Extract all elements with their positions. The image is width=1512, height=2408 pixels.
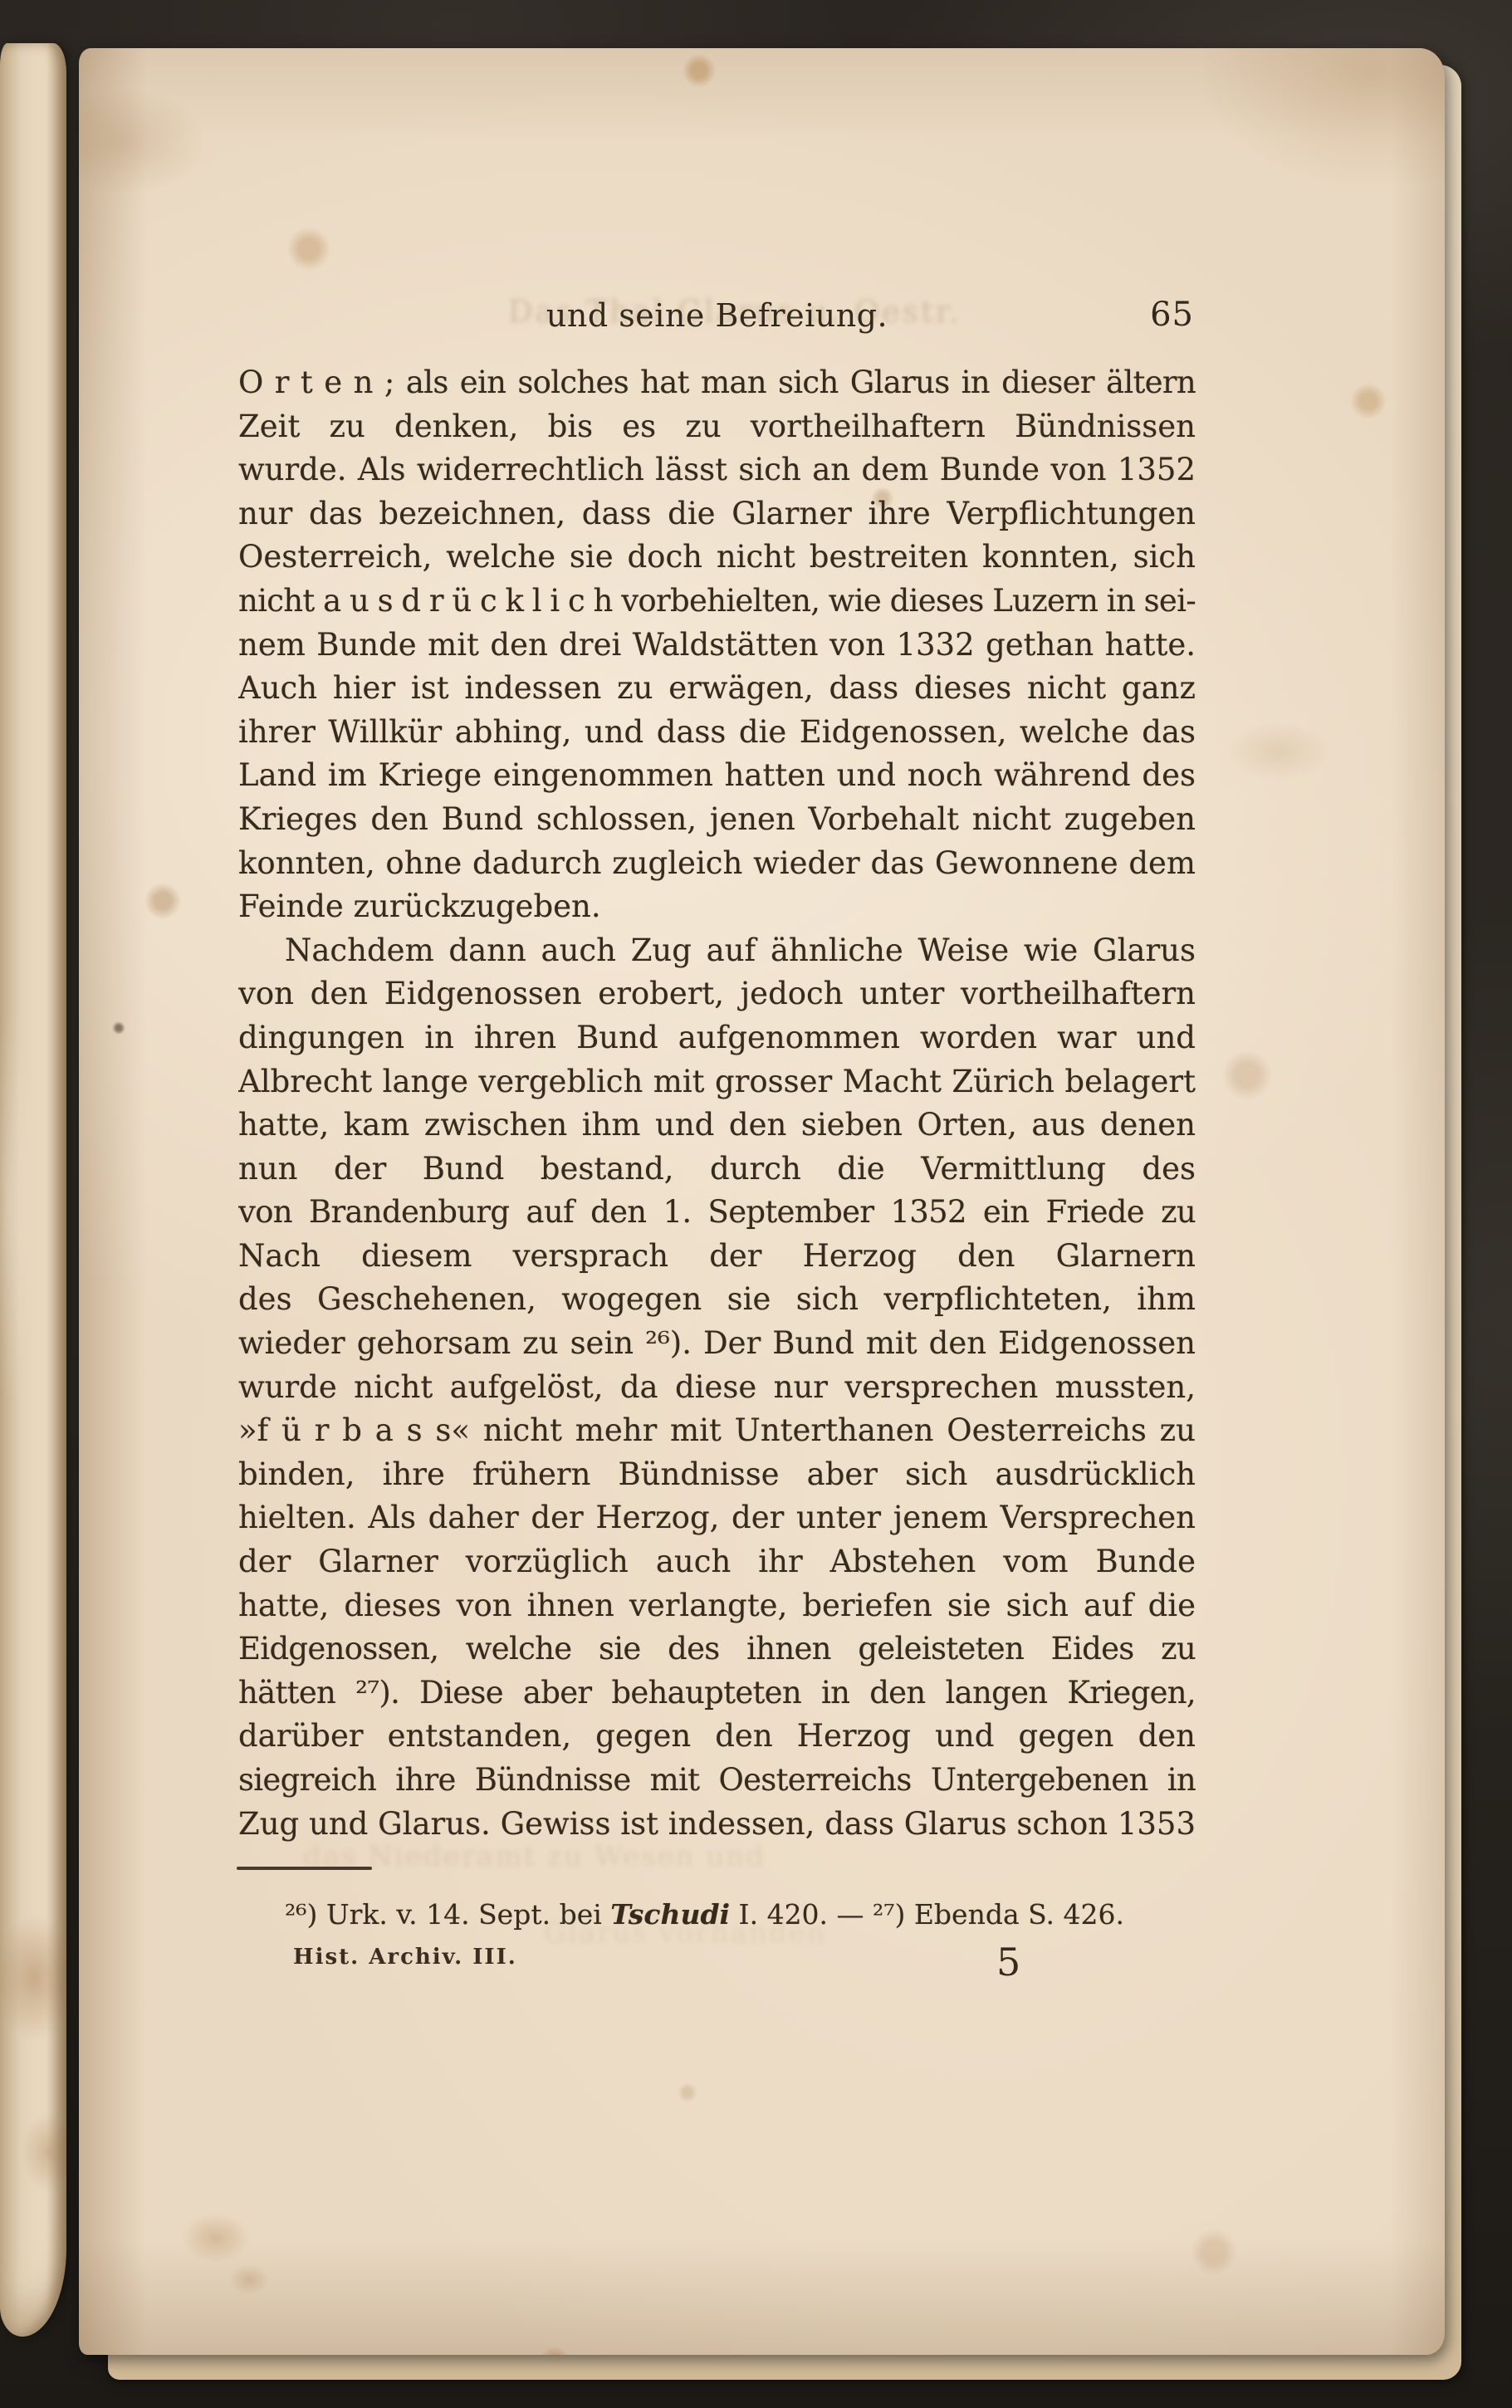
- body-line: siegreich ihre Bündnisse mit Oesterreich…: [238, 1759, 1196, 1803]
- body-line: des Geschehenen, wogegen sie sich verpfl…: [238, 1278, 1196, 1322]
- body-line: Krieges den Bund schlossen, jenen Vorbeh…: [238, 798, 1196, 842]
- book-scan: Das Thal Glarus u. Oestr. und seine Befr…: [0, 0, 1512, 2408]
- page-header: und seine Befreiung. 65: [238, 297, 1196, 340]
- footnote: ²⁶) Urk. v. 14. Sept. bei Tschudi I. 420…: [238, 1898, 1196, 1931]
- body-line: darüber entstanden, gegen den Herzog und…: [238, 1715, 1196, 1759]
- body-line: ihrer Willkür abhing, und dass die Eidge…: [238, 711, 1196, 755]
- body-line: nur das bezeichnen, dass die Glarner ihr…: [238, 492, 1196, 536]
- body-line: dingungen in ihren Bund aufgenommen word…: [238, 1016, 1196, 1060]
- body-line: wurde nicht aufgelöst, da diese nur vers…: [238, 1366, 1196, 1410]
- footnote-rule: [237, 1867, 372, 1870]
- footnote-italic-author: Tschudi: [610, 1898, 730, 1931]
- running-title: und seine Befreiung.: [238, 297, 1196, 334]
- footnote-text: ²⁶) Urk. v. 14. Sept. bei: [285, 1898, 610, 1931]
- body-line: wurde. Als widerrechtlich lässt sich an …: [238, 448, 1196, 492]
- body-line: nicht a u s d r ü c k l i c h vorbehielt…: [238, 580, 1196, 624]
- body-line: von Brandenburg auf den 1. September 135…: [238, 1191, 1196, 1235]
- book-page: Das Thal Glarus u. Oestr. und seine Befr…: [79, 48, 1445, 2355]
- previous-page-edge: [0, 43, 66, 2337]
- body-line: nem Bunde mit den drei Waldstätten von 1…: [238, 624, 1196, 668]
- signature-title: Hist. Archiv. III.: [293, 1945, 517, 1970]
- body-line: von den Eidgenossen erobert, jedoch unte…: [238, 972, 1196, 1016]
- body-line: hielten. Als daher der Herzog, der unter…: [238, 1496, 1196, 1540]
- body-line: Feinde zurückzugeben.: [238, 885, 1196, 929]
- body-line: hatte, kam zwischen ihm und den sieben O…: [238, 1104, 1196, 1148]
- body-text: O r t e n ; als ein solches hat man sich…: [238, 361, 1196, 1846]
- page-number: 65: [1150, 296, 1194, 334]
- body-line: Nachdem dann auch Zug auf ähnliche Weise…: [238, 929, 1196, 973]
- body-line: Auch hier ist indessen zu erwägen, dass …: [238, 667, 1196, 711]
- sheet-number: 5: [996, 1940, 1020, 1985]
- body-line: konnten, ohne dadurch zugleich wieder da…: [238, 842, 1196, 886]
- body-line: »f ü r b a s s« nicht mehr mit Unterthan…: [238, 1409, 1196, 1453]
- body-line: Oesterreich, welche sie doch nicht bestr…: [238, 536, 1196, 580]
- body-line: O r t e n ; als ein solches hat man sich…: [238, 361, 1196, 405]
- body-line: Eidgenossen, welche sie des ihnen geleis…: [238, 1627, 1196, 1671]
- body-line: wieder gehorsam zu sein ²⁶). Der Bund mi…: [238, 1322, 1196, 1366]
- body-line: Land im Kriege eingenommen hatten und no…: [238, 754, 1196, 798]
- footnote-text-cont: I. 420. — ²⁷) Ebenda S. 426.: [730, 1898, 1124, 1931]
- body-line: hatte, dieses von ihnen verlangte, berie…: [238, 1584, 1196, 1628]
- body-line: Albrecht lange vergeblich mit grosser Ma…: [238, 1060, 1196, 1104]
- body-line: Zeit zu denken, bis es zu vortheilhafter…: [238, 405, 1196, 449]
- body-line: nun der Bund bestand, durch die Vermittl…: [238, 1148, 1196, 1192]
- body-line: Zug und Glarus. Gewiss ist indessen, das…: [238, 1803, 1196, 1847]
- body-line: Nach diesem versprach der Herzog den Gla…: [238, 1235, 1196, 1279]
- body-line: hätten ²⁷). Diese aber behaupteten in de…: [238, 1671, 1196, 1715]
- body-line: der Glarner vorzüglich auch ihr Abstehen…: [238, 1540, 1196, 1584]
- body-line: binden, ihre frühern Bündnisse aber sich…: [238, 1453, 1196, 1497]
